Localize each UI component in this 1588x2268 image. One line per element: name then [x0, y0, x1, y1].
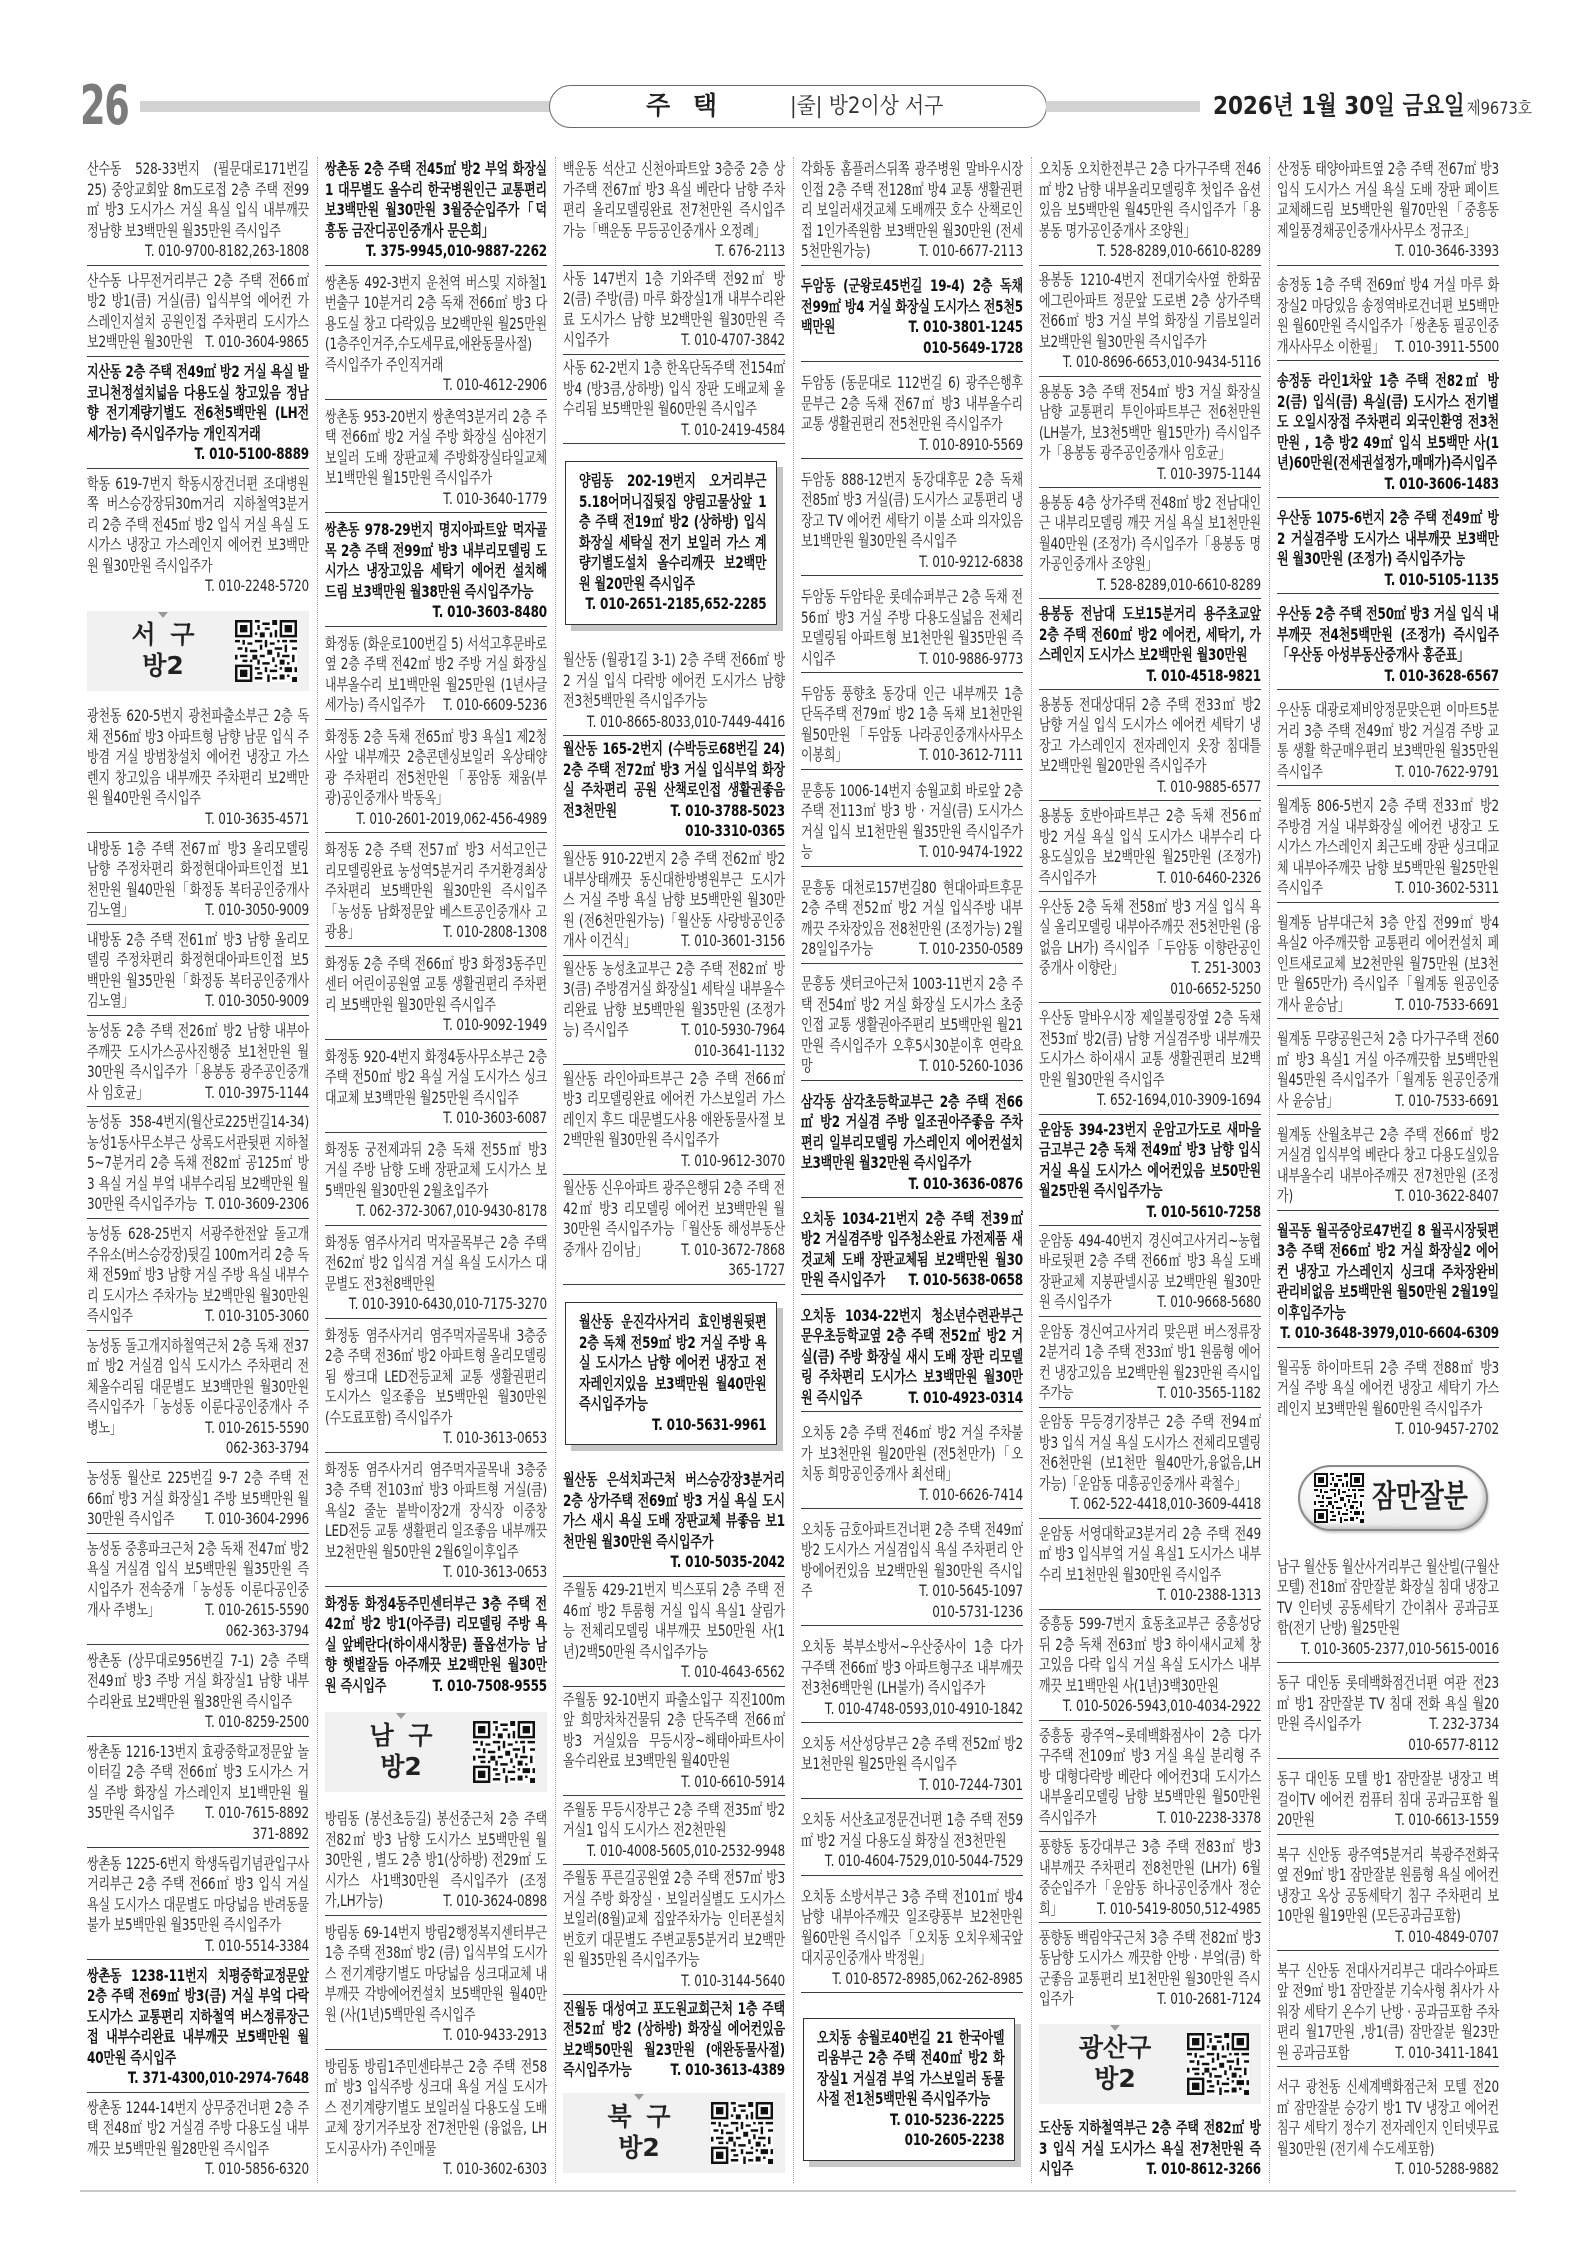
- listing: 삼각동 삼각초등학교부근 2층 주택 전66㎡ 방2 거실겸 주방 일조권아주좋…: [801, 1090, 1023, 1199]
- listing: 동구 대인동 롯데백화점건너편 여관 전23㎡ 방1 잠만잘분 TV 침대 전화…: [1277, 1671, 1499, 1759]
- listing: 우산동 2층 독채 전58㎡ 방3 거실 입식 욕실 올리모델링 내부아주깨끗 …: [1039, 895, 1261, 1004]
- listing-phone: T. 010-3628-6567: [1384, 666, 1499, 687]
- listing-text: 쌍촌동 2층 주택 전45㎡ 방2 부엌 화장실1 대무별도 올수리 한국병원인…: [325, 159, 547, 240]
- listing-phone: T. 010-2681-7124: [1157, 1989, 1261, 2010]
- listing: 쌍촌동 978-29번지 명지아파트앞 먹자골목 2층 주택 전99㎡ 방3 내…: [325, 518, 547, 627]
- listing-body: 두암동 두암타운 롯데슈퍼부근 2층 독채 전56㎡ 방3 거실 주방 다용도실…: [801, 587, 1023, 669]
- listing-text: 쌍촌동 (상무대로956번길 7-1) 2층 주택 전49㎡ 방3 주방 거실 …: [87, 1651, 309, 1711]
- listing-phone: T. 375-9945,010-9887-2262: [366, 241, 547, 262]
- listing-body: 오치동 소방서부근 3층 주택 전101㎡ 방4 남향 내부아주깨끗 일조량풍부…: [801, 1887, 1023, 1990]
- listing-body: 용봉동 1210-4번지 전대기숙사옆 한화꿈에그린아파트 정문앞 도로변 2층…: [1039, 270, 1261, 373]
- listing-phone: T. 528-8289,010-6610-8289: [1097, 575, 1261, 596]
- listing: 농성동 중흥파크근처 2층 독채 전47㎡ 방2 욕실 거실겸 입식 보5백만원…: [87, 1537, 309, 1646]
- listing-body: 송정동 1층 주택 전69㎡ 방4 거실 마루 화장실2 마당있음 송정역바로건…: [1277, 275, 1499, 357]
- listing: 용봉동 호반아파트부근 2층 독채 전56㎡ 방2 거실 욕실 입식 도시가스 …: [1039, 804, 1261, 892]
- qr-code-icon: [473, 1721, 535, 1783]
- listing-phone-alt: 010-3310-0365: [563, 821, 785, 842]
- listing-phone: T. 010-3622-8407: [1395, 1186, 1499, 1207]
- listing-body: 지산동 2층 주택 전49㎡ 방2 거실 욕실 발코니천정설치넓음 다용도실 창…: [87, 362, 309, 465]
- listing-text: 월산동 은석치과근처 버스승강장3분거리 2층 상가주택 전69㎡ 방3 거실 …: [563, 1470, 785, 1551]
- listing-text: 월곡동 하이마트뒤 2층 주택 전88㎡ 방3 거실 주방 욕실 에어컨 냉장고…: [1277, 1358, 1499, 1418]
- column-4: 각화동 홈플러스뒤쪽 광주병원 말바우시장인접 2층 주택 전128㎡ 방4 교…: [801, 157, 1023, 2183]
- listing-phone: T. 010-2248-5720: [205, 576, 309, 597]
- listing-phone: T. 010-9668-5680: [1157, 1292, 1261, 1313]
- listing: 내방동 1층 주택 전67㎡ 방3 올리모델링 남향 주정차편리 화정현대아파트…: [87, 837, 309, 925]
- listing-body: 두암동 풍향초 동강대 인근 내부깨끗 1층 단독주택 전79㎡ 방2 1층 독…: [801, 684, 1023, 766]
- section-divider-seo-gu: 서 구방2: [87, 611, 309, 691]
- listing: 쌍촌동 (상무대로956번길 7-1) 2층 주택 전49㎡ 방3 주방 거실 …: [87, 1649, 309, 1737]
- triangle-marker-icon: [1110, 2025, 1120, 2031]
- listing-text: 운암동 무등경기장부근 2층 주택 전94㎡ 방3 입식 거실 욕실 도시가스 …: [1039, 1412, 1261, 1493]
- listing-body: 백운동 석산고 신천아파트앞 3층중 2층 상가주택 전67㎡ 방3 욕실 베란…: [563, 159, 785, 262]
- listing-text: 두암동 888-12번지 동강대후문 2층 독채 전85㎡ 방3 거실(큼) 도…: [801, 470, 1023, 551]
- section-subtitle: |줄| 방2이상 서구: [790, 93, 943, 121]
- listing-body: 동구 대인동 모텔 방1 잠만잘분 냉장고 벽걸이TV 에어컨 컴퓨터 침대 공…: [1277, 1769, 1499, 1831]
- district-name: 남 구: [353, 1720, 449, 1751]
- listing-phone: T. 010-8910-5569: [919, 435, 1023, 456]
- listing-body: 화정동 염주사거리 먹자골목부근 2층 주택 전62㎡ 방2 입식겸 거실 욕실…: [325, 1233, 547, 1315]
- qr-code-icon: [1187, 2033, 1249, 2095]
- listing: 오치동 1034-22번지 청소년수련관부근 문우초등학교옆 2층 주택 전52…: [801, 1304, 1023, 1413]
- listing: 방림동 (봉선초등길) 봉선중근처 2층 주택 전82㎡ 방3 남향 도시가스 …: [325, 1807, 547, 1916]
- listing-text: 화정동 궁전제과뒤 2층 독채 전55㎡ 방3 거실 주방 남향 도배 장판교체…: [325, 1140, 547, 1200]
- listing-body: 화정동 염주사거리 염주먹자골목내 3층중 3층 주택 전103㎡ 방3 아파트…: [325, 1460, 547, 1583]
- listing-text: 오치동 서산초교정문건너편 1층 주택 전59㎡ 방2 거실 다용도실 화장실 …: [801, 1810, 1023, 1850]
- listing-body: 두암동 (동문대로 112번길 6) 광주은행후문부근 2층 독채 전67㎡ 방…: [801, 373, 1023, 455]
- listing: 동구 대인동 모텔 방1 잠만잘분 냉장고 벽걸이TV 에어컨 컴퓨터 침대 공…: [1277, 1767, 1499, 1835]
- listing: 농성동 돌고개지하철역근처 2층 독채 전37㎡ 방2 거실겸 입식 도시가스 …: [87, 1334, 309, 1463]
- listing-phone: T. 010-6609-5236: [443, 695, 547, 716]
- listing-body: 농성동 2층 주택 전26㎡ 방2 남향 내부아주깨끗 도시가스공사진행중 보1…: [87, 1021, 309, 1103]
- listing: 백운동 석산고 신천아파트앞 3층중 2층 상가주택 전67㎡ 방3 욕실 베란…: [563, 157, 785, 266]
- listing-text: 운암동 서영대학교3분거리 2층 주택 전49㎡ 방3 입식부엌 거실 욕실1 …: [1039, 1524, 1261, 1584]
- listing-phone: T. 062-522-4418,010-3609-4418: [1070, 1494, 1261, 1515]
- banner-label: 잠만잘분: [1372, 1478, 1468, 1516]
- listing-phone: T. 010-6610-5914: [681, 1772, 785, 1793]
- listing-text: 오치동 북부소방서~우산중사이 1층 다가구주택 전66㎡ 방3 아파트형구조 …: [801, 1637, 1023, 1697]
- listing-phone: T. 010-3788-5023: [670, 801, 785, 822]
- listing-body: 두암동 (군왕로45번길 19-4) 2층 독채 전99㎡ 방4 거실 화장실 …: [801, 276, 1023, 358]
- section-label: 서 구방2: [115, 619, 211, 681]
- listing: 월산동 165-2번지 (수박등로68번길 24) 2층 주택 전72㎡ 방3 …: [563, 737, 785, 846]
- listing-phone: T. 010-3602-6303: [443, 2159, 547, 2180]
- listing-phone: T. 010-5236-2225: [890, 2110, 1005, 2131]
- listing-body: 월산동 신우아파트 광주은행뒤 2층 주택 전42㎡ 방3 리모델링 에어컨 보…: [563, 1178, 785, 1281]
- listing-phone: T. 010-5105-1135: [1384, 570, 1499, 591]
- listing-phone: T. 010-5419-8050,512-4985: [1097, 1899, 1261, 1920]
- listing-body: 내방동 2층 주택 전61㎡ 방3 남향 올리모델링 주정차편리 화정현대아파트…: [87, 930, 309, 1012]
- qr-code-icon: [711, 2102, 773, 2164]
- listing-text: 쌍촌동 953-20번지 쌍촌역3분거리 2층 주택 전66㎡ 방2 거실 주방…: [325, 407, 547, 488]
- listing-body: 각화동 홈플러스뒤쪽 광주병원 말바우시장인접 2층 주택 전128㎡ 방4 교…: [801, 159, 1023, 262]
- listing-body: 주월동 무등시장부근 2층 주택 전35㎡ 방2 거실1 입식 도시가스 전2천…: [563, 1800, 785, 1862]
- listing: 농성동 628-25번지 서광주한전앞 돌고개주유소(버스승강장)뒷길 100m…: [87, 1222, 309, 1331]
- category-name: 방2: [591, 2132, 687, 2163]
- listing-body: 쌍촌동 1244-14번지 상무중건너편 2층 주택 전48㎡ 방2 거실겸 주…: [87, 2098, 309, 2180]
- listing-text: 쌍촌동 1225-6번지 학생독립기념관입구사거리부근 2층 주택 전66㎡ 방…: [87, 1854, 309, 1935]
- listing-body: 진월동 대성여고 포도원교회근처 1층 주택 전52㎡ 방2 (상하방) 화장실…: [563, 1999, 785, 2081]
- listing: 화정동 2층 독채 전65㎡ 방3 욕실1 제2청사앞 내부깨끗 2층콘덴싱보일…: [325, 725, 547, 834]
- section-divider-buk-gu: 북 구방2: [563, 2093, 785, 2173]
- listing-body: 월곡동 월곡중앙로47번길 8 월곡시장뒷편 3층 주택 전66㎡ 방2 거실 …: [1277, 1221, 1499, 1344]
- listing-body: 오치동 송월로40번길 21 한국아델리움부근 2층 주택 전40㎡ 방2 화장…: [817, 2028, 1005, 2151]
- listing: 중흥동 광주역~롯데백화점사이 2층 다가구주택 전109㎡ 방3 거실 욕실 …: [1039, 1724, 1261, 1833]
- listing-body: 삼각동 삼각초등학교부근 2층 주택 전66㎡ 방2 거실겸 주방 일조권아주좋…: [801, 1092, 1023, 1195]
- listing: 용봉동 3층 주택 전54㎡ 방3 거실 화장실 남향 교통편리 투인아파트부근…: [1039, 380, 1261, 489]
- listing-phone: T. 010-3603-6087: [443, 1108, 547, 1129]
- listing-phone: T. 010-8665-8033,010-7449-4416: [587, 712, 785, 733]
- section-title: 주 택: [646, 92, 717, 120]
- listing: 문흥동 샛터코아근처 1003-11번지 2층 주택 전54㎡ 방2 거실 화장…: [801, 972, 1023, 1081]
- listing-phone: T. 010-9457-2702: [1395, 1419, 1499, 1440]
- listing-phone: T. 010-5035-2042: [670, 1552, 785, 1573]
- listing-body: 풍향동 동강대부근 3층 주택 전83㎡ 방3 내부깨끗 주차편리 전8천만원 …: [1039, 1837, 1261, 1919]
- listing-phone: T. 251-3003: [1191, 958, 1261, 979]
- listing-phone: T. 010-9433-2913: [443, 2025, 547, 2046]
- section-label: 북 구방2: [591, 2101, 687, 2163]
- listing-phone: T. 010-2419-4584: [681, 420, 785, 441]
- listing: 북구 신안동 전대사거리부근 대라수아파트앞 전9㎡ 방1 잠만잘분 기숙사형 …: [1277, 1959, 1499, 2068]
- listing-text: 광천동 620-5번지 광천파출소부근 2층 독채 전56㎡ 방3 아파트형 남…: [87, 706, 309, 807]
- listing-body: 용봉동 호반아파트부근 2층 독채 전56㎡ 방2 거실 욕실 입식 도시가스 …: [1039, 806, 1261, 888]
- listing-phone: T. 010-8259-2500: [205, 1712, 309, 1733]
- listing-text: 운암동 394-23번지 운암고가도로 새마을금고부근 2층 독채 전49㎡ 방…: [1039, 1120, 1261, 1201]
- listing-phone: T. 676-2113: [715, 241, 785, 262]
- listing-text: 중흥동 599-7번지 효동초교부근 중흥성당뒤 2층 독채 전63㎡ 방3 하…: [1039, 1614, 1261, 1695]
- listing-phone: T. 010-3911-5500: [1395, 337, 1499, 358]
- listing-phone: T. 010-9212-6838: [919, 552, 1023, 573]
- listing: 운암동 394-23번지 운암고가도로 새마을금고부근 2층 독채 전49㎡ 방…: [1039, 1118, 1261, 1227]
- listing: 화정동 920-4번지 화정4동사무소부근 2층 주택 전50㎡ 방2 욕실 거…: [325, 1045, 547, 1133]
- listing: 월산동 은석치과근처 버스승강장3분거리 2층 상가주택 전69㎡ 방3 거실 …: [563, 1468, 785, 1577]
- triangle-marker-icon: [396, 1713, 406, 1719]
- listing-phone: T. 010-4748-0593,010-4910-1842: [825, 1699, 1023, 1720]
- listing: 문흥동 대천로157번길80 현대아파트후문 2층 주택 전52㎡ 방2 거실 …: [801, 876, 1023, 964]
- listing-text: 우산동 1075-6번지 2층 주택 전49㎡ 방2 거실겸주방 도시가스 내부…: [1277, 508, 1499, 568]
- listing-body: 농성동 중흥파크근처 2층 독채 전47㎡ 방2 욕실 거실겸 입식 보5백만원…: [87, 1539, 309, 1642]
- triangle-marker-icon: [158, 612, 168, 618]
- listing-phone: T. 010-9092-1949: [443, 1015, 547, 1036]
- listing-text: 방림동 69-14번지 방림2행정복지센터부근 1층 주택 전38㎡ 방2 (큼…: [325, 1923, 547, 2024]
- listing-body: 중흥동 599-7번지 효동초교부근 중흥성당뒤 2층 독채 전63㎡ 방3 하…: [1039, 1614, 1261, 1717]
- listing-text: 용봉동 3층 주택 전54㎡ 방3 거실 화장실 남향 교통편리 투인아파트부근…: [1039, 382, 1261, 463]
- listing-text: 지산동 2층 주택 전49㎡ 방2 거실 욕실 발코니천정설치넓음 다용도실 창…: [87, 362, 309, 443]
- listing-text: 오치동 오치한전부근 2층 다가구주택 전46㎡ 방2 남향 내부올리모델링후 …: [1039, 159, 1261, 240]
- listing-body: 오치동 서산성당부근 2층 주택 전52㎡ 방2 보1천만원 월25만원 즉시입…: [801, 1734, 1023, 1796]
- listing-text: 사동 62-2번지 1층 한옥단독주택 전154㎡ 방4 (방3큼,상하방) 입…: [563, 358, 785, 418]
- listing-text: 화정동 2층 주택 전66㎡ 방3 화정3동주민센터 어린이공원옆 교통 생활권…: [325, 954, 547, 1014]
- listing: 화정동 염주사거리 염주먹자골목내 3층중 2층 주택 전36㎡ 방2 아파트형…: [325, 1324, 547, 1453]
- listing: 화정동 2층 주택 전57㎡ 방3 서석고인근 리모델링완료 농성역5분거리 주…: [325, 838, 547, 947]
- listing: 진월동 대성여고 포도원교회근처 1층 주택 전52㎡ 방2 (상하방) 화장실…: [563, 1997, 785, 2084]
- listing-body: 오치동 오치한전부근 2층 다가구주택 전46㎡ 방2 남향 내부올리모델링후 …: [1039, 159, 1261, 262]
- listing: 주월동 푸른길공원옆 2층 주택 전57㎡ 방3 거실 주방 화장실 · 보일러…: [563, 1866, 785, 1995]
- listing-phone-alt: 010-2605-2238: [817, 2130, 1005, 2151]
- listing: 화정동 (화운로100번길 5) 서석고후문바로옆 2층 주택 전42㎡ 방2 …: [325, 632, 547, 720]
- listing-body: 오치동 북부소방서~우산중사이 1층 다가구주택 전66㎡ 방3 아파트형구조 …: [801, 1637, 1023, 1719]
- listing-phone: T. 010-3602-5311: [1395, 878, 1499, 899]
- date-text: 2026년 1월 30일 금요일: [1213, 91, 1465, 120]
- listing-text: 오치동 소방서부근 3층 주택 전101㎡ 방4 남향 내부아주깨끗 일조량풍부…: [801, 1887, 1023, 1968]
- listing-phone: T. 010-2388-1313: [1157, 1585, 1261, 1606]
- page-bottom-rule: [80, 2190, 1516, 2192]
- listing-phone: T. 010-5638-0658: [908, 1270, 1023, 1291]
- listing: 월산동 라인아파트부근 2층 주택 전66㎡ 방3 리모델링완료 에어컨 가스보…: [563, 1067, 785, 1176]
- listing-phone: T. 010-9474-1922: [919, 842, 1023, 863]
- listing-body: 주월동 92-10번지 파출소입구 직진100m앞 희망차차건물뒤 2층 단독주…: [563, 1690, 785, 1793]
- listing-text: 삼각동 삼각초등학교부근 2층 주택 전66㎡ 방2 거실겸 주방 일조권아주좋…: [801, 1092, 1023, 1173]
- listing-text: 용봉동 전남대 도보15분거리 용주초교앞 2층 주택 전60㎡ 방2 에어컨,…: [1039, 604, 1261, 664]
- listing-phone: T. 010-5645-1097: [919, 1581, 1023, 1602]
- listing-text: 용봉동 4층 상가주택 전48㎡ 방2 전남대인근 내부리모델링 깨끗 거실 욕…: [1039, 493, 1261, 574]
- listing-phone: T. 010-3604-9865: [205, 332, 309, 353]
- listing-phone: T. 010-3672-7868: [681, 1240, 785, 1261]
- listing: 운암동 무등경기장부근 2층 주택 전94㎡ 방3 입식 거실 욕실 도시가스 …: [1039, 1410, 1261, 1519]
- listing: 각화동 홈플러스뒤쪽 광주병원 말바우시장인접 2층 주택 전128㎡ 방4 교…: [801, 157, 1023, 266]
- listing-body: 중흥동 광주역~롯데백화점사이 2층 다가구주택 전109㎡ 방3 거실 욕실 …: [1039, 1726, 1261, 1829]
- listing: 용봉동 전대상대뒤 2층 주택 전33㎡ 방2 남향 거실 입식 도시가스 에어…: [1039, 693, 1261, 802]
- listing-phone: T. 010-5610-7258: [1146, 1202, 1261, 1223]
- listing-phone-alt: 010-6652-5250: [1039, 979, 1261, 1000]
- listing-phone: T. 010-5288-9882: [1395, 2159, 1499, 2180]
- listing-phone-alt: 010-5649-1728: [801, 338, 1023, 359]
- listing-phone: T. 010-2601-2019,062-456-4989: [356, 809, 547, 830]
- listing: 방림동 방림1주민센타부근 2층 주택 전58㎡ 방3 입식주방 싱크대 욕실 …: [325, 2055, 547, 2183]
- listing-body: 광천동 620-5번지 광천파출소부근 2층 독채 전56㎡ 방3 아파트형 남…: [87, 706, 309, 829]
- qr-code-icon: [1314, 1473, 1364, 1523]
- listing-text: 오치동 송월로40번길 21 한국아델리움부근 2층 주택 전40㎡ 방2 화장…: [817, 2028, 1005, 2109]
- listing-body: 쌍촌동 492-3번지 운천역 버스및 지하철1번출구 10분거리 2층 독채 …: [325, 273, 547, 396]
- listing: 용봉동 전남대 도보15분거리 용주초교앞 2층 주택 전60㎡ 방2 에어컨,…: [1039, 602, 1261, 690]
- listing-body: 화정동 (화운로100번길 5) 서석고후문바로옆 2층 주택 전42㎡ 방2 …: [325, 634, 547, 716]
- listing-text: 주월동 92-10번지 파출소입구 직진100m앞 희망차차건물뒤 2층 단독주…: [563, 1690, 785, 1771]
- listing-phone: T. 010-3613-0653: [443, 1428, 547, 1449]
- listing-phone: T. 010-2238-3378: [1157, 1808, 1261, 1829]
- listing-body: 월계동 무량공원근처 2층 다가구주택 전60㎡ 방3 욕실1 거실 아주깨끗함…: [1277, 1029, 1499, 1111]
- listing: 오치동 소방서부근 3층 주택 전101㎡ 방4 남향 내부아주깨끗 일조량풍부…: [801, 1885, 1023, 1994]
- listing-body: 사동 147번지 1층 기와주택 전92㎡ 방2(큼) 주방(큼) 마루 화장실…: [563, 269, 785, 351]
- listing-phone: T. 010-3144-5640: [681, 1971, 785, 1992]
- listing-phone: T. 010-6460-2326: [1157, 868, 1261, 889]
- listing-phone: T. 010-3636-0876: [908, 1174, 1023, 1195]
- listing: 중흥동 599-7번지 효동초교부근 중흥성당뒤 2층 독채 전63㎡ 방3 하…: [1039, 1612, 1261, 1721]
- listing-phone: T. 010-4923-0314: [908, 1388, 1023, 1409]
- listing-body: 문흥동 1006-14번지 송월교회 바로앞 2층 주택 전113㎡ 방3 방 …: [801, 781, 1023, 863]
- listing-text: 우산동 2층 주택 전50㎡ 방3 거실 입식 내부깨끗 전4천5백만원 (조정…: [1277, 604, 1499, 664]
- column-5: 오치동 오치한전부근 2층 다가구주택 전46㎡ 방2 남향 내부올리모델링후 …: [1039, 157, 1261, 2183]
- listing-text: 월곡동 월곡중앙로47번길 8 월곡시장뒷편 3층 주택 전66㎡ 방2 거실 …: [1277, 1221, 1499, 1322]
- listing-phone: T. 010-5930-7964: [681, 1020, 785, 1041]
- listing-phone: T. 010-4849-0707: [1395, 1927, 1499, 1948]
- listing-phone: T. 010-3606-1483: [1384, 474, 1499, 495]
- listing-text: 화정동 920-4번지 화정4동사무소부근 2층 주택 전50㎡ 방2 욕실 거…: [325, 1047, 547, 1107]
- listing-body: 학동 619-7번지 학동시장건너편 조대병원쪽 버스승강장뒤30m거리 지하철…: [87, 474, 309, 597]
- listing-text: 쌍촌동 978-29번지 명지아파트앞 먹자골목 2층 주택 전99㎡ 방3 내…: [325, 520, 547, 601]
- listing: 주월동 무등시장부근 2층 주택 전35㎡ 방2 거실1 입식 도시가스 전2천…: [563, 1798, 785, 1866]
- listing-phone-alt: 371-8892: [87, 1824, 309, 1845]
- listing: 화정동 궁전제과뒤 2층 독채 전55㎡ 방3 거실 주방 남향 도배 장판교체…: [325, 1138, 547, 1226]
- column-3: 백운동 석산고 신천아파트앞 3층중 2층 상가주택 전67㎡ 방3 욕실 베란…: [563, 157, 785, 2183]
- listing: 쌍촌동 2층 주택 전45㎡ 방2 부엌 화장실1 대무별도 올수리 한국병원인…: [325, 157, 547, 266]
- listing: 월계동 남부대근처 3층 안집 전99㎡ 방4 욕실2 아주깨끗함 교통편리 에…: [1277, 911, 1499, 1020]
- listing-body: 산정동 태양아파트옆 2층 주택 전67㎡ 방3 입식 도시가스 거실 욕실 도…: [1277, 159, 1499, 262]
- listing-text: 용봉동 1210-4번지 전대기숙사옆 한화꿈에그린아파트 정문앞 도로변 2층…: [1039, 270, 1261, 351]
- listing-text: 월산동 라인아파트부근 2층 주택 전66㎡ 방3 리모델링완료 에어컨 가스보…: [563, 1069, 785, 1150]
- listing-phone: T. 010-5026-5943,010-4034-2922: [1063, 1696, 1261, 1717]
- listing-body: 월산동 농성초교부근 2층 주택 전82㎡ 방3(큼) 주방겸거실 화장실1 세…: [563, 959, 785, 1062]
- listing: 산정동 태양아파트옆 2층 주택 전67㎡ 방3 입식 도시가스 거실 욕실 도…: [1277, 157, 1499, 266]
- listing-text: 방림동 방림1주민센타부근 2층 주택 전58㎡ 방3 입식주방 싱크대 욕실 …: [325, 2057, 547, 2158]
- listing-body: 운암동 서영대학교3분거리 2층 주택 전49㎡ 방3 입식부엌 거실 욕실1 …: [1039, 1524, 1261, 1606]
- listing: 풍향동 동강대부근 3층 주택 전83㎡ 방3 내부깨끗 주차편리 전8천만원 …: [1039, 1835, 1261, 1923]
- listing-body: 도산동 지하철역부근 2층 주택 전82㎡ 방3 입식 거실 도시가스 욕실 전…: [1039, 2118, 1261, 2180]
- listing-body: 쌍촌동 1238-11번지 치평중학교정문앞 2층 주택 전69㎡ 방3(큼) …: [87, 1966, 309, 2089]
- boxed-listing: 오치동 송월로40번길 21 한국아델리움부근 2층 주택 전40㎡ 방2 화장…: [803, 2018, 1015, 2161]
- listing: 농성동 358-4번지(월산로225번길14-34) 농성1동사무소부근 상록도…: [87, 1110, 309, 1219]
- listing-phone: T. 062-372-3067,010-9430-8178: [356, 1201, 547, 1222]
- column-divider: [793, 157, 794, 2183]
- listing-text: 오치동 2층 주택 전46㎡ 방2 거실 주차불가 보3천만원 월20만원 (전…: [801, 1423, 1023, 1483]
- listing: 화정동 화정4동주민센터부근 3층 주택 전42㎡ 방2 방1(아주큼) 리모델…: [325, 1592, 547, 1700]
- column-divider: [555, 157, 556, 2183]
- listing: 월산동 910-22번지 2층 주택 전62㎡ 방2 내부상태깨끗 동신대한방병…: [563, 847, 785, 956]
- listing: 내방동 2층 주택 전61㎡ 방3 남향 올리모델링 주정차편리 화정현대아파트…: [87, 928, 309, 1016]
- listing-body: 쌍촌동 2층 주택 전45㎡ 방2 부엌 화장실1 대무별도 올수리 한국병원인…: [325, 159, 547, 262]
- listing-body: 동구 대인동 롯데백화점건너편 여관 전23㎡ 방1 잠만잘분 TV 침대 전화…: [1277, 1673, 1499, 1755]
- listing-text: 월산동 운진각사거리 효인병원뒷편 2층 독채 전59㎡ 방2 거실 주방 욕실…: [579, 1312, 767, 1413]
- listing-body: 오치동 서산초교정문건너편 1층 주택 전59㎡ 방2 거실 다용도실 화장실 …: [801, 1810, 1023, 1872]
- listing-phone: T. 010-3411-1841: [1395, 2043, 1499, 2064]
- issue-number: 제9673호: [1467, 99, 1532, 119]
- listing-text: 주월동 429-21번지 빅스포뒤 2층 주택 전46㎡ 방2 투룸형 거실 입…: [563, 1580, 785, 1661]
- listing-body: 화정동 염주사거리 염주먹자골목내 3층중 2층 주택 전36㎡ 방2 아파트형…: [325, 1326, 547, 1449]
- listing: 월계동 산월초부근 2층 주택 전66㎡ 방2 거실겸 입식부엌 베란다 창고 …: [1277, 1123, 1499, 1211]
- room-only-banner: 잠만잘분: [1298, 1465, 1488, 1531]
- listing-phone: T. 010-6677-2113: [919, 241, 1023, 262]
- listing-text: 학동 619-7번지 학동시장건너편 조대병원쪽 버스승강장뒤30m거리 지하철…: [87, 474, 309, 575]
- listing: 두암동 888-12번지 동강대후문 2층 독채 전85㎡ 방3 거실(큼) 도…: [801, 468, 1023, 577]
- listing: 우산동 대광로제비앙정문맞은편 이마트5분거리 3층 주택 전49㎡ 방2 거실…: [1277, 698, 1499, 786]
- listing-phone: T. 010-6613-1559: [1395, 1810, 1499, 1831]
- listing-phone: T. 010-3609-2306: [205, 1194, 309, 1215]
- listing-body: 월계동 산월초부근 2층 주택 전66㎡ 방2 거실겸 입식부엌 베란다 창고 …: [1277, 1125, 1499, 1207]
- section-divider-gwangsan-gu: 광산구방2: [1039, 2024, 1261, 2104]
- listing-body: 주월동 푸른길공원옆 2층 주택 전57㎡ 방3 거실 주방 화장실 · 보일러…: [563, 1868, 785, 1991]
- listing-body: 우산동 대광로제비앙정문맞은편 이마트5분거리 3층 주택 전49㎡ 방2 거실…: [1277, 700, 1499, 782]
- listing-body: 오치동 2층 주택 전46㎡ 방2 거실 주차불가 보3천만원 월20만원 (전…: [801, 1423, 1023, 1505]
- listing: 사동 147번지 1층 기와주택 전92㎡ 방2(큼) 주방(큼) 마루 화장실…: [563, 267, 785, 355]
- listing: 쌍촌동 1244-14번지 상무중건너편 2층 주택 전48㎡ 방2 거실겸 주…: [87, 2096, 309, 2183]
- listing: 지산동 2층 주택 전49㎡ 방2 거실 욕실 발코니천정설치넓음 다용도실 창…: [87, 360, 309, 469]
- listing: 우산동 말바우시장 제일볼링장옆 2층 독채 전53㎡ 방2(큼) 남향 거실겸…: [1039, 1006, 1261, 1115]
- section-label: 남 구방2: [353, 1720, 449, 1782]
- listing-body: 방림동 방림1주민센타부근 2층 주택 전58㎡ 방3 입식주방 싱크대 욕실 …: [325, 2057, 547, 2180]
- listing-phone: T. 010-3624-0898: [443, 1891, 547, 1912]
- listing-phone: T. 010-7533-6691: [1395, 1091, 1499, 1112]
- listing: 산수동 528-33번지 (필문대로171번길 25) 중앙교회앞 8m도로접 …: [87, 157, 309, 266]
- listing-phone: T. 010-8572-8985,062-262-8985: [832, 1969, 1023, 1990]
- listing-text: 우산동 말바우시장 제일볼링장옆 2층 독채 전53㎡ 방2(큼) 남향 거실겸…: [1039, 1008, 1261, 1089]
- listing-phone: T. 010-7508-9555: [432, 1676, 547, 1697]
- header-rule-left: [140, 101, 550, 112]
- listing-body: 우산동 2층 독채 전58㎡ 방3 거실 입식 욕실 올리모델링 내부아주깨끗 …: [1039, 897, 1261, 1000]
- listing-body: 월산동 165-2번지 (수박등로68번길 24) 2층 주택 전72㎡ 방3 …: [563, 739, 785, 842]
- listing-text: 용봉동 전대상대뒤 2층 주택 전33㎡ 방2 남향 거실 입식 도시가스 에어…: [1039, 695, 1261, 776]
- listing: 쌍촌동 1216-13번지 효광중학교정문앞 놀이터길 2층 주택 전66㎡ 방…: [87, 1740, 309, 1849]
- listing-body: 월산동 은석치과근처 버스승강장3분거리 2층 상가주택 전69㎡ 방3 거실 …: [563, 1470, 785, 1573]
- listing-phone-alt: 010-5731-1236: [801, 1602, 1023, 1623]
- listing-body: 농성동 돌고개지하철역근처 2층 독채 전37㎡ 방2 거실겸 입식 도시가스 …: [87, 1336, 309, 1459]
- listing-text: 두암동 (동문대로 112번길 6) 광주은행후문부근 2층 독채 전67㎡ 방…: [801, 373, 1023, 433]
- listing: 화정동 2층 주택 전66㎡ 방3 화정3동주민센터 어린이공원옆 교통 생활권…: [325, 952, 547, 1040]
- listing-phone: T. 010-2651-2185,652-2285: [585, 594, 766, 615]
- listing-body: 운암동 494-40번지 경신여고사거리~농협바로뒷편 2층 주택 전66㎡ 방…: [1039, 1231, 1261, 1313]
- listing-text: 산수동 528-33번지 (필문대로171번길 25) 중앙교회앞 8m도로접 …: [87, 159, 309, 240]
- listing: 두암동 (동문대로 112번길 6) 광주은행후문부근 2층 독채 전67㎡ 방…: [801, 371, 1023, 459]
- listing-phone: T. 010-6626-7414: [919, 1485, 1023, 1506]
- listing-phone: T. 010-5856-6320: [205, 2159, 309, 2180]
- listing: 사동 62-2번지 1층 한옥단독주택 전154㎡ 방4 (방3큼,상하방) 입…: [563, 356, 785, 444]
- listing-phone-alt: 010-3641-1132: [563, 1041, 785, 1062]
- listing: 월계동 무량공원근처 2층 다가구주택 전60㎡ 방3 욕실1 거실 아주깨끗함…: [1277, 1027, 1499, 1115]
- listing-text: 주월동 푸른길공원옆 2층 주택 전57㎡ 방3 거실 주방 화장실 · 보일러…: [563, 1868, 785, 1969]
- listing: 서구 광천동 신세계백화점근처 모텔 전20㎡ 잠만잘분 승강기 방1 TV 냉…: [1277, 2075, 1499, 2183]
- listing-phone-alt: 062-363-3794: [87, 1621, 309, 1642]
- listing: 월곡동 월곡중앙로47번길 8 월곡시장뒷편 3층 주택 전66㎡ 방2 거실 …: [1277, 1219, 1499, 1348]
- listing-text: 화정동 2층 독채 전65㎡ 방3 욕실1 제2청사앞 내부깨끗 2층콘덴싱보일…: [325, 727, 547, 808]
- listing-phone: T. 652-1694,010-3909-1694: [1097, 1090, 1261, 1111]
- listing-phone: T. 010-4612-2906: [443, 375, 547, 396]
- listing-phone: T. 010-9612-3070: [681, 1151, 785, 1172]
- listing-phone: T. 010-7244-7301: [919, 1775, 1023, 1796]
- listing-body: 두암동 888-12번지 동강대후문 2층 독채 전85㎡ 방3 거실(큼) 도…: [801, 470, 1023, 573]
- listing: 농성동 2층 주택 전26㎡ 방2 남향 내부아주깨끗 도시가스공사진행중 보1…: [87, 1019, 309, 1107]
- listing-text: 월산동 (월광1길 3-1) 2층 주택 전66㎡ 방2 거실 입식 다락방 에…: [563, 650, 785, 710]
- listing: 오치동 오치한전부근 2층 다가구주택 전46㎡ 방2 남향 내부올리모델링후 …: [1039, 157, 1261, 266]
- header-rule-right: [1046, 101, 1200, 112]
- listing-body: 방림동 69-14번지 방림2행정복지센터부근 1층 주택 전38㎡ 방2 (큼…: [325, 1923, 547, 2046]
- listing-body: 산수동 나무전거리부근 2층 주택 전66㎡ 방2 방1(큼) 거실(큼) 입식…: [87, 271, 309, 353]
- listing-phone: T. 010-3613-0653: [443, 1562, 547, 1583]
- listing-body: 송정동 라인1차앞 1층 주택 전82㎡ 방2(큼) 입식(큼) 욕실(큼) 도…: [1277, 371, 1499, 494]
- listing-text: 북구 신안동 광주역5분거리 북광주전화국옆 전9㎡ 방1 잠만잘분 원룸형 욕…: [1277, 1845, 1499, 1926]
- listing: 월곡동 하이마트뒤 2층 주택 전88㎡ 방3 거실 주방 욕실 에어컨 냉장고…: [1277, 1356, 1499, 1443]
- category-name: 방2: [115, 650, 211, 681]
- listing: 월산동 (월광1길 3-1) 2층 주택 전66㎡ 방2 거실 입식 다락방 에…: [563, 648, 785, 736]
- listing-body: 월계동 남부대근처 3층 안집 전99㎡ 방4 욕실2 아주깨끗함 교통편리 에…: [1277, 913, 1499, 1016]
- listing-body: 농성동 358-4번지(월산로225번길14-34) 농성1동사무소부근 상록도…: [87, 1112, 309, 1215]
- listing: 용봉동 4층 상가주택 전48㎡ 방2 전남대인근 내부리모델링 깨끗 거실 욕…: [1039, 491, 1261, 600]
- listing-body: 농성동 월산로 225번길 9-7 2층 주택 전66㎡ 방3 거실 화장실1 …: [87, 1468, 309, 1530]
- listing-phone: T. 232-3734: [1429, 1714, 1499, 1735]
- listing-body: 월곡동 하이마트뒤 2층 주택 전88㎡ 방3 거실 주방 욕실 에어컨 냉장고…: [1277, 1358, 1499, 1440]
- listing-phone: T. 010-5260-1036: [919, 1056, 1023, 1077]
- listing-body: 남구 월산동 월산사거리부근 월산빌(구월산모텔) 전18㎡ 잠만잘분 화장실 …: [1277, 1557, 1499, 1660]
- listing-body: 월산동 910-22번지 2층 주택 전62㎡ 방2 내부상태깨끗 동신대한방병…: [563, 849, 785, 952]
- listing: 오치동 금호아파트건너편 2층 주택 전49㎡ 방2 도시가스 거실겸입식 욕실…: [801, 1518, 1023, 1627]
- listing-phone: T. 010-3050-9009: [205, 991, 309, 1012]
- listing-text: 남구 월산동 월산사거리부근 월산빌(구월산모텔) 전18㎡ 잠만잘분 화장실 …: [1277, 1557, 1499, 1638]
- listing: 월산동 신우아파트 광주은행뒤 2층 주택 전42㎡ 방3 리모델링 에어컨 보…: [563, 1176, 785, 1285]
- listing-phone-alt: 365-1727: [563, 1260, 785, 1281]
- listing: 우산동 2층 주택 전50㎡ 방3 거실 입식 내부깨끗 전4천5백만원 (조정…: [1277, 602, 1499, 690]
- listing-phone: T. 010-3105-3060: [205, 1306, 309, 1327]
- listing-body: 우산동 2층 주택 전50㎡ 방3 거실 입식 내부깨끗 전4천5백만원 (조정…: [1277, 604, 1499, 686]
- listing-phone: T. 010-3910-6430,010-7175-3270: [349, 1294, 547, 1315]
- listing: 두암동 두암타운 롯데슈퍼부근 2층 독채 전56㎡ 방3 거실 주방 다용도실…: [801, 585, 1023, 673]
- listing-body: 북구 신안동 전대사거리부근 대라수아파트앞 전9㎡ 방1 잠만잘분 기숙사형 …: [1277, 1961, 1499, 2064]
- listing: 용봉동 1210-4번지 전대기숙사옆 한화꿈에그린아파트 정문앞 도로변 2층…: [1039, 268, 1261, 377]
